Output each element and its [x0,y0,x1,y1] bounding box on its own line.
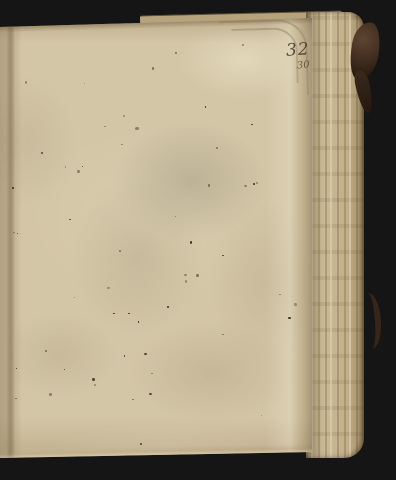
photo-background: 32 30 [0,0,396,480]
folio-number-secondary: 30 [297,60,311,71]
folio-number: 32 [285,41,310,60]
parchment-specks [0,16,312,462]
parchment-page: 32 30 [0,16,312,462]
